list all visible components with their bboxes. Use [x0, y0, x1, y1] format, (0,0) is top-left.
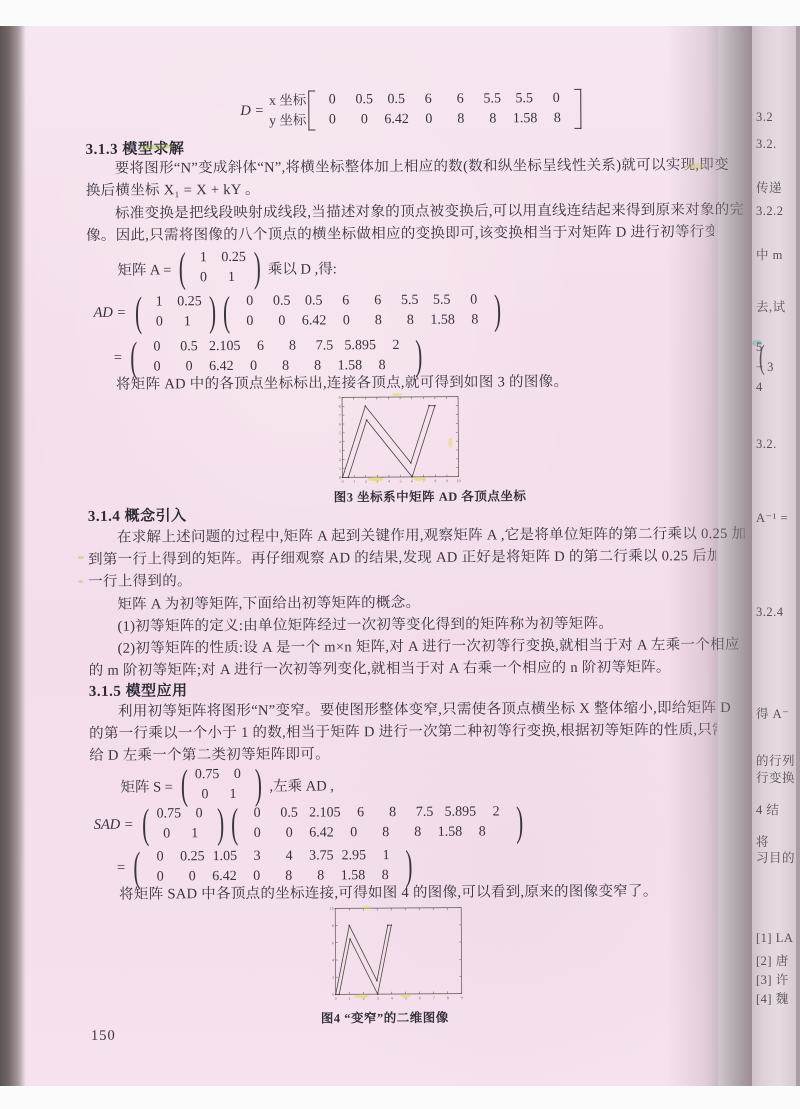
matrix-cell: 8: [402, 823, 434, 843]
matrix-cell: 0: [153, 824, 181, 844]
matrix-cell: 5.895: [441, 803, 481, 823]
adjacent-page-text-fragment: 行变换: [756, 768, 795, 786]
section-heading-314: 3.1.4 概念引入: [88, 504, 187, 526]
adjacent-page-text-fragment: [2] 唐: [756, 951, 789, 969]
svg-text:9: 9: [461, 995, 463, 1000]
matrix-cell: 0: [223, 765, 251, 785]
svg-text:5: 5: [400, 478, 402, 483]
row-label-x: x 坐标: [269, 91, 306, 111]
matrix-cell: 2: [480, 802, 512, 822]
matrix-cell: 1.05: [208, 847, 241, 867]
svg-text:3: 3: [339, 448, 341, 453]
svg-text:1: 1: [353, 479, 355, 484]
adjacent-page-text-fragment: 5: [756, 340, 763, 355]
matrix-cell: 1: [145, 292, 173, 312]
left-square-bracket: [308, 91, 315, 131]
matrix-cell: 0.5: [173, 337, 205, 357]
adjacent-page-text-fragment: 4: [756, 380, 763, 395]
matrix-cell: 5.5: [394, 291, 426, 311]
matrix-cell: 0: [348, 110, 380, 130]
figure3-plot: 0123456789100123456789: [332, 392, 463, 489]
matrix-cell: 0: [141, 337, 173, 357]
matrix-cell: 8: [394, 311, 426, 331]
matrix-cell: 6: [345, 803, 377, 823]
equation-SAD: SAD = ( 0.75001 ) ( 00.52.105687.55.8952…: [94, 802, 527, 845]
equation-pre-text: 矩阵 S =: [120, 775, 173, 796]
matrix-cell: 8: [459, 310, 491, 330]
adjacent-page-text-fragment: 得 A⁻: [756, 704, 789, 722]
equation-lhs: AD =: [93, 304, 126, 321]
svg-text:3: 3: [376, 479, 378, 484]
svg-text:0: 0: [339, 475, 341, 480]
matrix-cell: 5.5: [426, 291, 458, 311]
right-paren: ): [209, 292, 216, 332]
adjacent-page-text-fragment: [4] 魏: [756, 989, 789, 1007]
matrix-cell: 0: [234, 292, 266, 312]
matrix-cell: 6: [444, 90, 476, 110]
matrix-cell: 0: [241, 824, 273, 844]
right-paren: ): [255, 765, 262, 805]
matrix-A: ( 10.2501 ): [175, 248, 264, 289]
matrix-cell: 1.58: [509, 109, 542, 129]
body-line: 要将图形“N”变成斜体“N”,将横坐标整体加上相应的数(数和纵坐标呈线性关系)就…: [86, 156, 743, 179]
adjacent-page-text-fragment: A⁻¹ =: [756, 510, 788, 526]
right-paren: ): [405, 846, 412, 886]
svg-text:9: 9: [339, 395, 341, 400]
equation-SAD-result: = ( 00.251.05343.752.951006.420881.588 ): [117, 846, 416, 888]
matrix-cell: 8: [377, 803, 409, 823]
svg-text:7: 7: [339, 413, 341, 418]
right-paren: ): [217, 804, 224, 844]
matrix-AD-result: ( 00.52.105687.55.8952006.420881.588 ): [127, 336, 426, 378]
matrix-cell: 0: [540, 89, 572, 109]
equation-post-text: ,左乘 AD ,: [269, 774, 334, 795]
adjacent-page-text-fragment: 4 结: [756, 800, 779, 818]
svg-text:4: 4: [388, 479, 390, 484]
svg-text:0: 0: [335, 996, 337, 1001]
body-line: 的第一行乘以一个小于 1 的数,相当于矩阵 D 进行一次第二种初等行变换,根据初…: [89, 721, 717, 744]
adjacent-page-text-fragment: 的行列: [756, 751, 795, 769]
left-paren: (: [223, 292, 230, 332]
matrix-cell: 1: [217, 268, 245, 288]
matrix-AD-factor: ( 00.52.105687.55.8952006.420881.588 ): [227, 802, 526, 844]
matrix-cell: 0: [413, 110, 445, 130]
adjacent-page-text-fragment: 3.2.: [756, 437, 777, 452]
matrix-body: 10.2501: [145, 292, 206, 332]
body-line: 换后横坐标 X₁ = X + kY 。: [86, 178, 714, 201]
equation-D: D = x 坐标 y 坐标 00.50.5665.55.50006.420881…: [240, 89, 581, 131]
equation-AD: AD = ( 10.2501 ) ( 00.50.5665.55.50006.4…: [93, 290, 504, 333]
matrix-cell: 0: [316, 90, 348, 110]
matrix-cell: 1: [370, 846, 402, 866]
equation-matrix-A: 矩阵 A = ( 10.2501 ) 乘以 D ,得:: [113, 247, 341, 288]
matrix-cell: 1: [173, 312, 201, 332]
matrix-S-factor: ( 0.75001 ): [139, 804, 228, 845]
svg-text:0: 0: [332, 992, 334, 997]
matrix-cell: 0: [330, 311, 362, 331]
section-heading-313: 3.1.3 模型求解: [85, 137, 184, 159]
matrix-cell: 1.58: [426, 311, 459, 331]
matrix-cell: 1: [181, 824, 209, 844]
matrix-cell: 6.42: [305, 823, 338, 843]
matrix-cell: 0: [241, 804, 273, 824]
matrix-body: 00.52.105687.55.8952006.420881.588: [141, 336, 412, 378]
left-paren: (: [130, 338, 137, 378]
matrix-cell: 0: [458, 290, 490, 310]
svg-text:10: 10: [457, 478, 461, 483]
body-line: 到第一行上得到的矩阵。再仔细观察 AD 的结果,发现 AD 正好是将矩阵 D 的…: [88, 547, 716, 570]
scanned-book-page: D = x 坐标 y 坐标 00.50.5665.55.50006.420881…: [0, 0, 800, 1109]
scanner-margin-top: [0, 0, 800, 26]
adjacent-page-edge: [796, 24, 800, 1088]
matrix-cell: 1: [189, 248, 217, 268]
matrix-cell: 8: [466, 822, 498, 842]
page-number: 150: [91, 1028, 116, 1045]
svg-text:2: 2: [365, 479, 367, 484]
matrix-row-labels: x 坐标 y 坐标: [269, 91, 306, 131]
svg-text:8: 8: [339, 404, 341, 409]
matrix-cell: 8: [445, 110, 477, 130]
matrix-cell: 6: [362, 291, 394, 311]
matrix-cell: 0.75: [153, 804, 186, 824]
svg-text:1: 1: [339, 466, 341, 471]
matrix-A-factor: ( 10.2501 ): [131, 292, 220, 333]
matrix-body: 0.75001: [153, 804, 214, 844]
matrix-cell: 0: [234, 312, 266, 332]
matrix-cell: 0: [316, 110, 348, 130]
matrix-cell: 0.5: [298, 291, 330, 311]
matrix-cell: 8: [477, 109, 509, 129]
matrix-cell: 0: [145, 312, 173, 332]
row-label-y: y 坐标: [269, 111, 306, 131]
body-line: 利用初等矩阵将图形“N”变窄。要使图形整体变窄,只需使各顶点横坐标 X 整体缩小…: [89, 699, 746, 722]
matrix-cell: 2: [380, 336, 412, 356]
matrix-S: ( 0.75001 ): [177, 765, 266, 806]
svg-text:6: 6: [332, 940, 334, 945]
svg-text:9: 9: [446, 478, 448, 483]
matrix-cell: 5.5: [476, 89, 508, 109]
matrix-cell: 2.95: [337, 846, 370, 866]
right-paren: ): [253, 248, 260, 288]
highlight-smudge: [78, 556, 84, 559]
matrix-body: 00.52.105687.55.8952006.420881.588: [241, 802, 512, 844]
body-line: (1)初等矩阵的定义:由单位矩阵经过一次初等变化得到的矩阵称为初等矩阵。: [88, 614, 745, 637]
equation-matrix-S: 矩阵 S = ( 0.75001 ) ,左乘 AD ,: [116, 764, 338, 805]
matrix-cell: 0: [273, 824, 305, 844]
adjacent-page-sliver: 3.23.2.传递3.2.2中 m去,试(5− 343.2.A⁻¹ =3.2.4…: [752, 24, 796, 1088]
body-line: (2)初等矩阵的性质:设 A 是一个 m×n 矩阵,对 A 进行一次初等行变换,…: [89, 636, 746, 659]
matrix-cell: 0: [144, 847, 176, 867]
body-line: 的 m 阶初等矩阵;对 A 进行一次初等列变化,就相当于对 A 右乘一个相应的 …: [89, 658, 717, 681]
body-line: 矩阵 A 为初等矩阵,下面给出初等矩阵的概念。: [88, 592, 745, 615]
left-paren: (: [135, 293, 142, 333]
adjacent-page-text-fragment: − 3: [756, 360, 774, 375]
figure4-caption: 图4 “变窄”的二维图像: [321, 1008, 449, 1027]
adjacent-page-text-fragment: 3.2.4: [756, 605, 784, 620]
matrix-cell: 3.75: [305, 846, 338, 866]
matrix-cell: 0.5: [348, 90, 380, 110]
svg-text:8: 8: [434, 478, 436, 483]
matrix-cell: 2.105: [305, 803, 345, 823]
svg-text:5: 5: [339, 430, 341, 435]
svg-text:10: 10: [330, 906, 334, 911]
matrix-body: 0.75001: [191, 765, 252, 805]
svg-text:8: 8: [332, 923, 334, 928]
matrix-cell: 0: [266, 312, 298, 332]
left-paren: (: [142, 805, 149, 845]
matrix-cell: 2.105: [205, 337, 245, 357]
equation-pre-text: 矩阵 A =: [117, 258, 171, 279]
adjacent-page-text-fragment: [1] LA: [756, 931, 793, 946]
svg-text:6: 6: [419, 995, 421, 1000]
adjacent-page-text-fragment: 传递: [756, 178, 782, 196]
matrix-cell: 5.5: [508, 89, 540, 109]
svg-text:6: 6: [339, 422, 341, 427]
figure4-plot: 01234567890246810: [325, 903, 466, 1006]
matrix-cell: 6: [412, 90, 444, 110]
equation-AD-result: = ( 00.52.105687.55.8952006.420881.588 ): [114, 336, 426, 378]
figure3-caption: 图3 坐标系中矩阵 AD 各顶点坐标: [334, 486, 527, 505]
matrix-cell: 0.25: [173, 292, 206, 312]
matrix-cell: 6: [330, 291, 362, 311]
matrix-D-body: 00.50.5665.55.50006.420881.588: [316, 89, 573, 131]
page-content: D = x 坐标 y 坐标 00.50.5665.55.50006.420881…: [0, 0, 800, 1109]
matrix-cell: 6.42: [298, 311, 331, 331]
adjacent-page-text-fragment: [3] 许: [756, 970, 789, 988]
matrix-body: 00.50.5665.55.50006.420881.588: [234, 290, 491, 332]
matrix-cell: 6: [244, 337, 276, 357]
section-heading-315: 3.1.5 模型应用: [89, 679, 188, 701]
matrix-D: 00.50.5665.55.50006.420881.588: [308, 89, 581, 131]
svg-text:4: 4: [339, 439, 341, 444]
svg-text:2: 2: [332, 975, 334, 980]
left-paren: (: [180, 765, 187, 805]
matrix-cell: 6.42: [380, 110, 413, 130]
right-paren: ): [415, 336, 422, 376]
matrix-cell: 1.58: [434, 823, 467, 843]
matrix-cell: 4: [273, 847, 305, 867]
matrix-cell: 8: [370, 823, 402, 843]
svg-text:4: 4: [391, 996, 393, 1001]
matrix-cell: 5.895: [340, 336, 380, 356]
svg-text:3: 3: [377, 996, 379, 1001]
matrix-cell: 8: [541, 109, 573, 129]
highlight-smudge: [78, 580, 83, 583]
scanner-margin-bottom: [0, 1086, 800, 1109]
body-line: 像。因此,只需将图像的八个顶点的横坐标做相应的变换即可,该变换相当于对矩阵 D …: [86, 223, 714, 246]
matrix-cell: 0.25: [176, 847, 209, 867]
matrix-cell: 8: [362, 311, 394, 331]
matrix-cell: 0.5: [266, 292, 298, 312]
svg-text:7: 7: [433, 995, 435, 1000]
equation-lhs: SAD =: [94, 816, 134, 833]
matrix-cell: 8: [276, 337, 308, 357]
matrix-cell: 0.25: [217, 248, 250, 268]
svg-text:8: 8: [447, 995, 449, 1000]
svg-text:4: 4: [332, 958, 334, 963]
body-line: 将矩阵 SAD 中各顶点的坐标连接,可得如图 4 的图像,可以看到,原来的图像变…: [90, 882, 747, 905]
matrix-cell: 0: [338, 823, 370, 843]
svg-text:7: 7: [423, 478, 425, 483]
adjacent-page-text-fragment: 去,试: [756, 297, 786, 315]
right-paren: ): [494, 290, 501, 330]
left-paren: (: [179, 248, 186, 288]
matrix-cell: 0.75: [191, 765, 224, 785]
adjacent-page-text-fragment: 3.2.: [756, 137, 777, 152]
matrix-cell: 0: [185, 804, 213, 824]
left-paren: (: [134, 848, 141, 888]
svg-text:6: 6: [411, 478, 413, 483]
right-square-bracket: [574, 89, 581, 129]
adjacent-page-text-fragment: 3.2: [756, 110, 773, 125]
matrix-SAD-result: ( 00.251.05343.752.951006.420881.588 ): [130, 846, 416, 888]
matrix-A-body: 10.2501: [189, 248, 250, 288]
matrix-body: 00.251.05343.752.951006.420881.588: [144, 846, 402, 888]
equals-sign: =: [114, 349, 122, 366]
matrix-cell: 7.5: [308, 336, 340, 356]
matrix-cell: 0: [189, 268, 217, 288]
body-line: 在求解上述问题的过程中,矩阵 A 起到关键作用,观察矩阵 A ,它是将单位矩阵的…: [88, 525, 745, 548]
matrix-D-factor: ( 00.50.5665.55.50006.420881.588 ): [220, 290, 505, 332]
matrix-cell: 0.5: [273, 804, 305, 824]
svg-text:2: 2: [339, 457, 341, 462]
body-line: 一行上得到的。: [88, 569, 716, 592]
svg-text:1: 1: [349, 996, 351, 1001]
matrix-cell: 3: [241, 847, 273, 867]
svg-text:0: 0: [342, 479, 344, 484]
adjacent-page-text-fragment: 中 m: [756, 245, 783, 263]
matrix-cell: 0: [191, 785, 219, 805]
equation-lhs: D =: [240, 102, 264, 119]
adjacent-page-text-fragment: 3.2.2: [756, 204, 784, 219]
equals-sign: =: [117, 859, 125, 876]
matrix-cell: 7.5: [409, 803, 441, 823]
svg-text:2: 2: [363, 996, 365, 1001]
equation-post-text: 乘以 D ,得:: [268, 257, 337, 278]
svg-text:5: 5: [405, 995, 407, 1000]
matrix-cell: 0.5: [380, 90, 412, 110]
adjacent-page-text-fragment: 习目的: [756, 848, 795, 866]
body-line: 标准变换是把线段映射成线段,当描述对象的顶点被变换后,可以用直线连结起来得到原来…: [86, 201, 743, 224]
right-paren: ): [516, 802, 523, 842]
left-paren: (: [231, 804, 238, 844]
